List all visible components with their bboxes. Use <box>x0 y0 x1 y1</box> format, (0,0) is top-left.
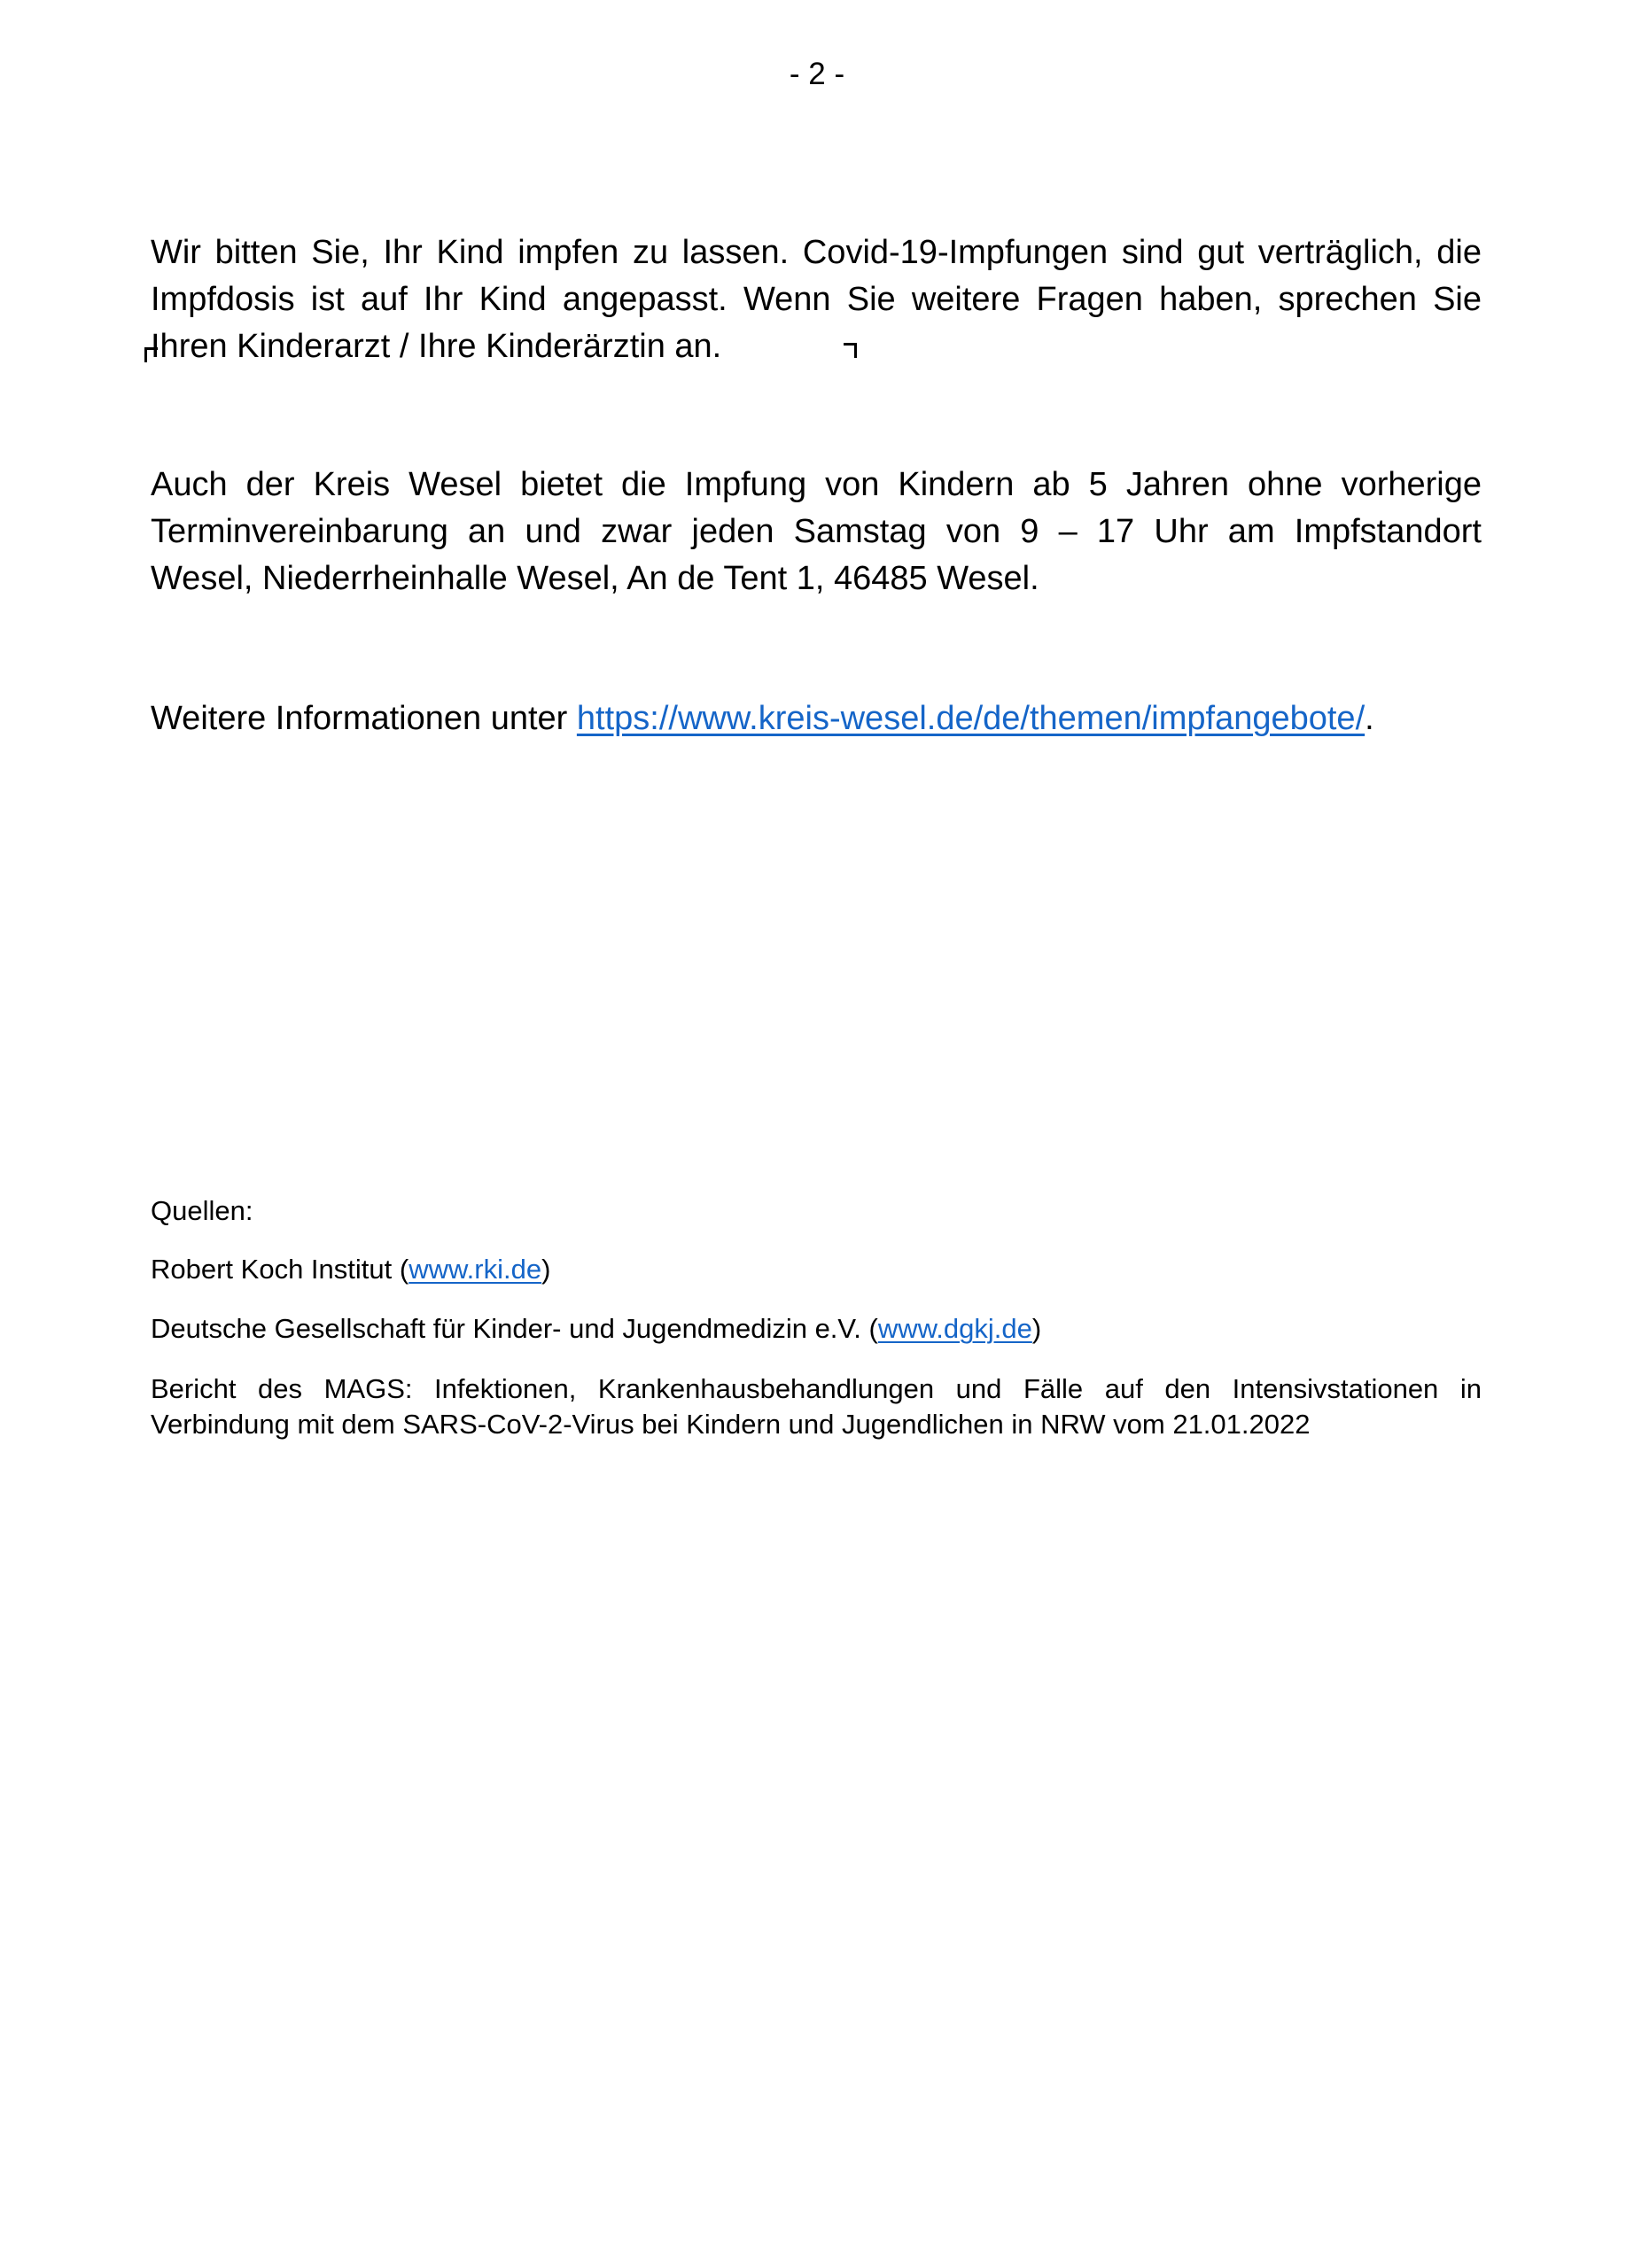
source-item-mags-report: Bericht des MAGS: Infektionen, Krankenha… <box>151 1371 1482 1442</box>
paragraph-more-info: Weitere Informationen unter https://www.… <box>151 695 1482 742</box>
paragraph-line: Wesel, Niederrheinhalle Wesel, An de Ten… <box>151 555 1482 602</box>
paragraph-line: Ihren Kinderarzt / Ihre Kinderärztin an. <box>151 323 1482 370</box>
source-rki-suffix: ) <box>541 1254 550 1285</box>
paragraph-line: Impfdosis ist auf Ihr Kind angepasst. We… <box>151 276 1482 323</box>
paragraph-line: Wir bitten Sie, Ihr Kind impfen zu lasse… <box>151 229 1482 276</box>
source-item-dgkj: Deutsche Gesellschaft für Kinder- und Ju… <box>151 1311 1482 1347</box>
source-mags-line: Verbindung mit dem SARS-CoV-2-Virus bei … <box>151 1407 1482 1442</box>
kreis-wesel-impfangebote-link[interactable]: https://www.kreis-wesel.de/de/themen/imp… <box>577 700 1365 737</box>
rki-link[interactable]: www.rki.de <box>408 1254 541 1285</box>
paragraph-vaccination-request: Wir bitten Sie, Ihr Kind impfen zu lasse… <box>151 229 1482 370</box>
source-dgkj-suffix: ) <box>1032 1313 1041 1344</box>
page-number: - 2 - <box>0 57 1634 92</box>
dgkj-link[interactable]: www.dgkj.de <box>878 1313 1032 1344</box>
source-item-rki: Robert Koch Institut (www.rki.de) <box>151 1252 1482 1287</box>
source-rki-prefix: Robert Koch Institut ( <box>151 1254 408 1285</box>
source-dgkj-prefix: Deutsche Gesellschaft für Kinder- und Ju… <box>151 1313 878 1344</box>
more-info-prefix: Weitere Informationen unter <box>151 700 577 737</box>
paragraph-line: Auch der Kreis Wesel bietet die Impfung … <box>151 462 1482 509</box>
paragraph-line: Terminvereinbarung an und zwar jeden Sam… <box>151 509 1482 555</box>
paragraph-walk-in-offer: Auch der Kreis Wesel bietet die Impfung … <box>151 462 1482 602</box>
sources-heading: Quellen: <box>151 1193 1482 1229</box>
text-boundary-mark-right-icon <box>844 343 857 358</box>
text-boundary-mark-left-icon <box>144 347 158 362</box>
more-info-suffix: . <box>1365 700 1374 737</box>
source-mags-line: Bericht des MAGS: Infektionen, Krankenha… <box>151 1371 1482 1407</box>
